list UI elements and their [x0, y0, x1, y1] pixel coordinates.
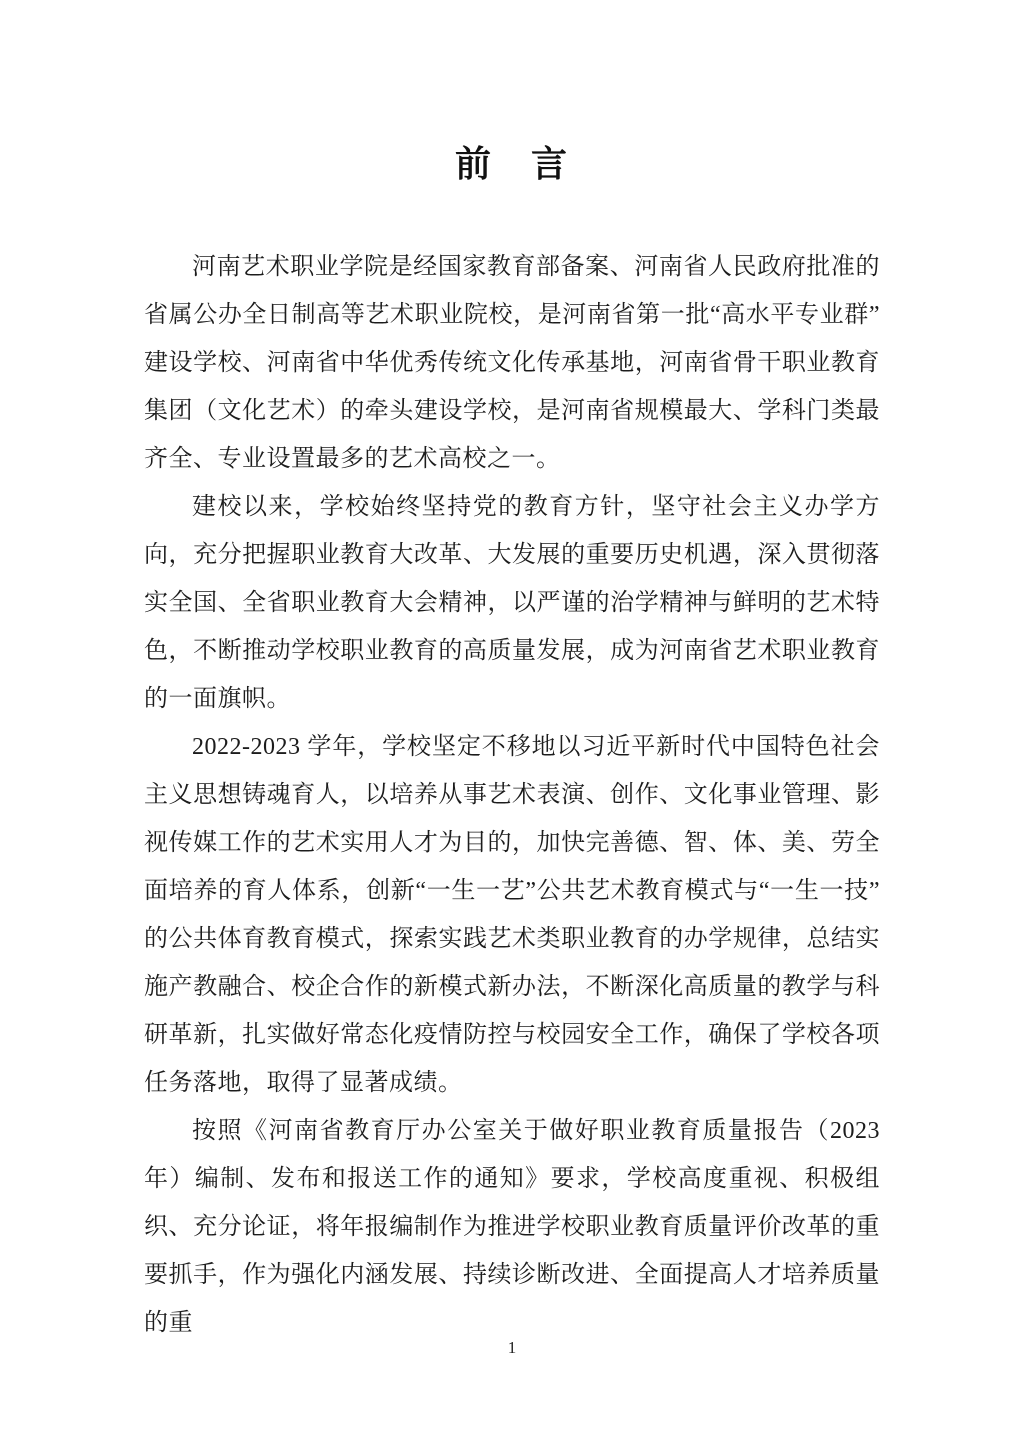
page-number: 1 — [508, 1338, 517, 1357]
document-page: 前 言 河南艺术职业学院是经国家教育部备案、河南省人民政府批准的省属公办全日制高… — [0, 0, 1024, 1447]
paragraph: 河南艺术职业学院是经国家教育部备案、河南省人民政府批准的省属公办全日制高等艺术职… — [144, 243, 880, 483]
paragraph: 按照《河南省教育厅办公室关于做好职业教育质量报告（2023年）编制、发布和报送工… — [144, 1107, 880, 1347]
paragraph: 建校以来，学校始终坚持党的教育方针，坚守社会主义办学方向，充分把握职业教育大改革… — [144, 483, 880, 723]
page-footer: 1 — [0, 1336, 1024, 1360]
page-title: 前 言 — [0, 0, 1024, 188]
document-body: 河南艺术职业学院是经国家教育部备案、河南省人民政府批准的省属公办全日制高等艺术职… — [144, 243, 880, 1347]
paragraph: 2022-2023 学年，学校坚定不移地以习近平新时代中国特色社会主义思想铸魂育… — [144, 723, 880, 1107]
